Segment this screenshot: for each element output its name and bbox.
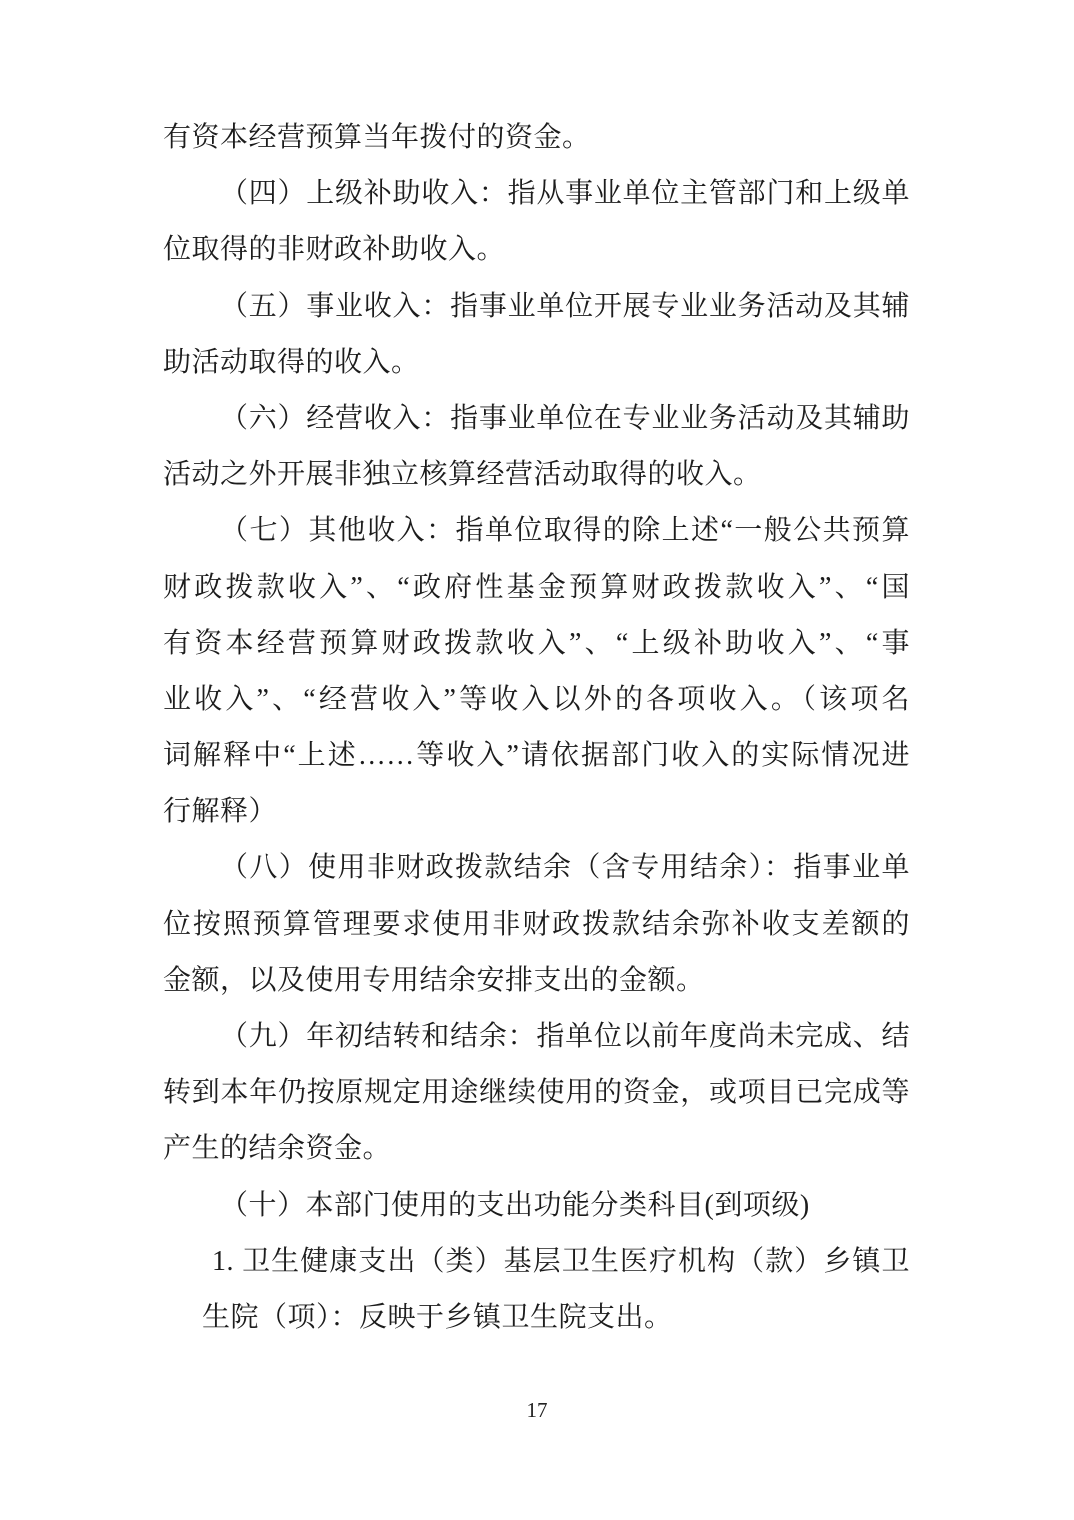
text-line: 业收入”、“经营收入”等收入以外的各项收入。（该项名 bbox=[163, 672, 910, 728]
text-line: 1. 卫生健康支出（类）基层卫生医疗机构（款）乡镇卫 bbox=[163, 1234, 910, 1290]
text-line: （九）年初结转和结余：指单位以前年度尚未完成、结 bbox=[163, 1009, 910, 1065]
text-line: 生院（项）：反映于乡镇卫生院支出。 bbox=[163, 1290, 910, 1346]
document-page: 有资本经营预算当年拨付的资金。（四）上级补助收入：指从事业单位主管部门和上级单位… bbox=[0, 0, 1074, 1520]
text-line: 词解释中“上述……等收入”请依据部门收入的实际情况进 bbox=[163, 728, 910, 784]
text-line: （六）经营收入：指事业单位在专业业务活动及其辅助 bbox=[163, 391, 910, 447]
paragraph: （六）经营收入：指事业单位在专业业务活动及其辅助活动之外开展非独立核算经营活动取… bbox=[163, 391, 910, 503]
text-line: 助活动取得的收入。 bbox=[163, 335, 910, 391]
paragraph: （八）使用非财政拨款结余（含专用结余）：指事业单位按照预算管理要求使用非财政拨款… bbox=[163, 840, 910, 1009]
text-line: 行解释） bbox=[163, 784, 910, 840]
text-line: （十）本部门使用的支出功能分类科目(到项级) bbox=[163, 1178, 910, 1234]
paragraph: （五）事业收入：指事业单位开展专业业务活动及其辅助活动取得的收入。 bbox=[163, 279, 910, 391]
page-number: 17 bbox=[0, 1398, 1074, 1423]
text-line: 位取得的非财政补助收入。 bbox=[163, 222, 910, 278]
text-line: 活动之外开展非独立核算经营活动取得的收入。 bbox=[163, 447, 910, 503]
text-line: 金额，以及使用专用结余安排支出的金额。 bbox=[163, 953, 910, 1009]
text-line: （四）上级补助收入：指从事业单位主管部门和上级单 bbox=[163, 166, 910, 222]
paragraph: 1. 卫生健康支出（类）基层卫生医疗机构（款）乡镇卫生院（项）：反映于乡镇卫生院… bbox=[163, 1234, 910, 1346]
paragraph: （九）年初结转和结余：指单位以前年度尚未完成、结转到本年仍按原规定用途继续使用的… bbox=[163, 1009, 910, 1178]
text-line: 有资本经营预算当年拨付的资金。 bbox=[163, 110, 910, 166]
text-line: （八）使用非财政拨款结余（含专用结余）：指事业单 bbox=[163, 840, 910, 896]
paragraph: （四）上级补助收入：指从事业单位主管部门和上级单位取得的非财政补助收入。 bbox=[163, 166, 910, 278]
text-line: 位按照预算管理要求使用非财政拨款结余弥补收支差额的 bbox=[163, 897, 910, 953]
paragraph: 有资本经营预算当年拨付的资金。 bbox=[163, 110, 910, 166]
text-line: 转到本年仍按原规定用途继续使用的资金，或项目已完成等 bbox=[163, 1065, 910, 1121]
text-line: （五）事业收入：指事业单位开展专业业务活动及其辅 bbox=[163, 279, 910, 335]
text-line: 财政拨款收入”、“政府性基金预算财政拨款收入”、“国 bbox=[163, 560, 910, 616]
document-body: 有资本经营预算当年拨付的资金。（四）上级补助收入：指从事业单位主管部门和上级单位… bbox=[163, 110, 910, 1346]
text-line: 产生的结余资金。 bbox=[163, 1121, 910, 1177]
paragraph: （七）其他收入：指单位取得的除上述“一般公共预算财政拨款收入”、“政府性基金预算… bbox=[163, 503, 910, 840]
paragraph: （十）本部门使用的支出功能分类科目(到项级) bbox=[163, 1178, 910, 1234]
text-line: （七）其他收入：指单位取得的除上述“一般公共预算 bbox=[163, 503, 910, 559]
text-line: 有资本经营预算财政拨款收入”、“上级补助收入”、“事 bbox=[163, 616, 910, 672]
